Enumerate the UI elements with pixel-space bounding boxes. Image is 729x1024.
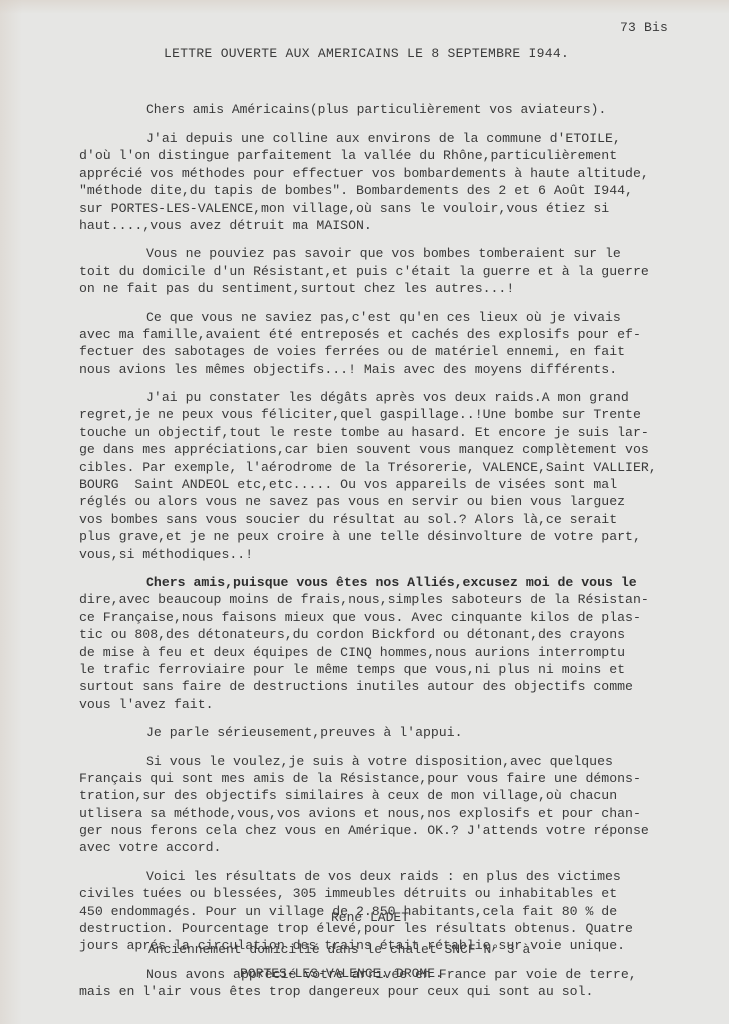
text-line: civiles tuées ou blessées, 305 immeubles… <box>79 885 719 902</box>
signature: René LADET <box>331 910 409 925</box>
text-line: J'ai depuis une colline aux environs de … <box>79 130 719 147</box>
paragraph-3: Ce que vous ne saviez pas,c'est qu'en ce… <box>79 309 719 379</box>
text-line: avec ma famille,avaient été entreposés e… <box>79 326 719 343</box>
text-line: Je parle sérieusement,preuves à l'appui. <box>79 724 719 741</box>
text-line: Français qui sont mes amis de la Résista… <box>79 770 719 787</box>
text-line: on ne fait pas du sentiment,surtout chez… <box>79 280 719 297</box>
paragraph-6: Je parle sérieusement,preuves à l'appui. <box>79 724 719 741</box>
paragraph-1: J'ai depuis une colline aux environs de … <box>79 130 719 234</box>
text-line: J'ai pu constater les dégâts après vos d… <box>79 389 719 406</box>
text-line: haut....,vous avez détruit ma MAISON. <box>79 217 719 234</box>
text-line: Ce que vous ne saviez pas,c'est qu'en ce… <box>79 309 719 326</box>
text-line: apprécié vos méthodes pour effectuer vos… <box>79 165 719 182</box>
text-line: touche un objectif,tout le reste tombe a… <box>79 424 719 441</box>
text-line: tration,sur des objectifs similaires à c… <box>79 787 719 804</box>
text-line: Vous ne pouviez pas savoir que vos bombe… <box>79 245 719 262</box>
address-line-2: PORTES-LES-VALENCE. DROME. <box>240 966 443 981</box>
text-line: regret,je ne peux vous féliciter,quel ga… <box>79 406 719 423</box>
text-line: vous l'avez fait. <box>79 696 719 713</box>
text-line: dire,avec beaucoup moins de frais,nous,s… <box>79 591 719 608</box>
paragraph-7: Si vous le voulez,je suis à votre dispos… <box>79 753 719 857</box>
text-line: de mise à feu et deux équipes de CINQ ho… <box>79 644 719 661</box>
text-line: surtout sans faire de destructions inuti… <box>79 678 719 695</box>
text-line: cibles. Par exemple, l'aérodrome de la T… <box>79 459 719 476</box>
text-line: utlisera sa méthode,vous,vos avions et n… <box>79 805 719 822</box>
text-line: avec votre accord. <box>79 839 719 856</box>
text-line: vos bombes sans vous soucier du résultat… <box>79 511 719 528</box>
text-line: le trafic ferroviaire pour le même temps… <box>79 661 719 678</box>
letter-title: LETTRE OUVERTE AUX AMERICAINS LE 8 SEPTE… <box>164 46 569 61</box>
address-line-1: Anciennement domicilié dans le chalet SN… <box>148 942 530 957</box>
text-line: BOURG Saint ANDEOL etc,etc..... Ou vos a… <box>79 476 719 493</box>
salutation: Chers amis Américains(plus particulièrem… <box>146 102 606 117</box>
text-line: plus grave,et je ne peux croire à une te… <box>79 528 719 545</box>
text-line: sur PORTES-LES-VALENCE,mon village,où sa… <box>79 200 719 217</box>
text-line: "méthode dite,du tapis de bombes". Bomba… <box>79 182 719 199</box>
text-line: toit du domicile d'un Résistant,et puis … <box>79 263 719 280</box>
text-line: fectuer des sabotages de voies ferrées o… <box>79 343 719 360</box>
text-line: réglés ou alors vous ne savez pas vous e… <box>79 493 719 510</box>
text-line: Chers amis,puisque vous êtes nos Alliés,… <box>79 574 719 591</box>
text-line: ce Française,nous faisons mieux que vous… <box>79 609 719 626</box>
text-line: ge dans mes appréciations,car bien souve… <box>79 441 719 458</box>
text-line: Voici les résultats de vos deux raids : … <box>79 868 719 885</box>
text-line: nous avions les mêmes objectifs...! Mais… <box>79 361 719 378</box>
text-line: ger nous ferons cela chez vous en Amériq… <box>79 822 719 839</box>
text-line: mais en l'air vous êtes trop dangereux p… <box>79 983 719 1000</box>
page-number: 73 Bis <box>620 20 668 35</box>
text-line: tic ou 808,des détonateurs,du cordon Bic… <box>79 626 719 643</box>
paragraph-5-emphasis: Chers amis,puisque vous êtes nos Alliés,… <box>79 574 719 713</box>
typewritten-letter-page: 73 Bis LETTRE OUVERTE AUX AMERICAINS LE … <box>0 0 729 1024</box>
text-line: d'où l'on distingue parfaitement la vall… <box>79 147 719 164</box>
paragraph-2: Vous ne pouviez pas savoir que vos bombe… <box>79 245 719 297</box>
text-line: vous,si méthodiques..! <box>79 546 719 563</box>
text-line: Si vous le voulez,je suis à votre dispos… <box>79 753 719 770</box>
letter-body: J'ai depuis une colline aux environs de … <box>79 130 719 1012</box>
paragraph-4: J'ai pu constater les dégâts après vos d… <box>79 389 719 563</box>
